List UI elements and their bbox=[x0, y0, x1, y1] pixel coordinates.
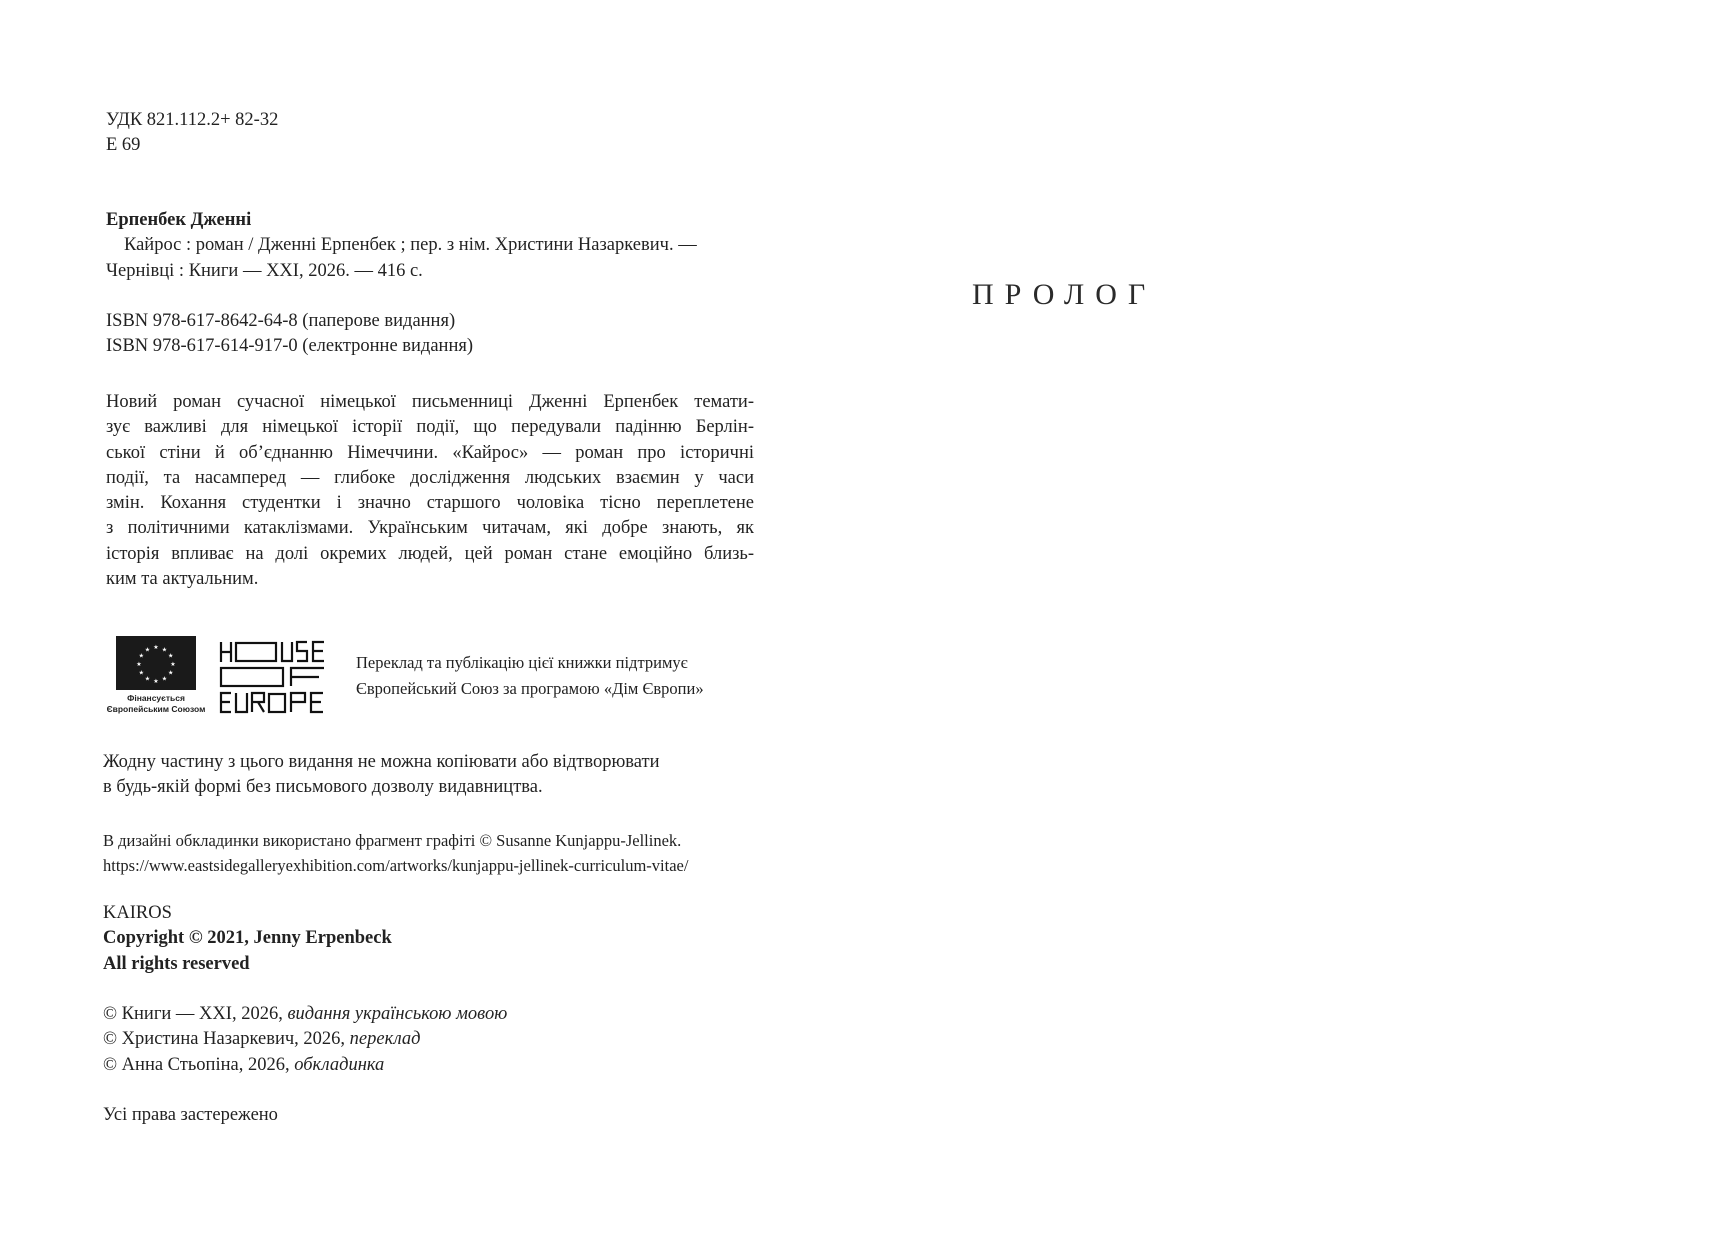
copyright-line: © Книги — XXI, 2026, видання українською… bbox=[103, 1002, 507, 1027]
eu-caption-line: Європейським Союзом bbox=[102, 704, 210, 715]
svg-text:★: ★ bbox=[170, 661, 175, 668]
annotation-line: історія впливає на долі окремих людей, ц… bbox=[106, 542, 754, 567]
annotation-line: події, та насамперед — глибоке досліджен… bbox=[106, 466, 754, 491]
support-line: Європейський Союз за програмою «Дім Євро… bbox=[356, 676, 704, 702]
eu-caption: Фінансується Європейським Союзом bbox=[102, 693, 210, 715]
bib-record-line: Чернівці : Книги — XXI, 2026. — 416 с. bbox=[106, 259, 697, 284]
cover-credit-text: В дизайні обкладинки використано фрагмен… bbox=[103, 828, 688, 853]
svg-text:★: ★ bbox=[139, 653, 144, 660]
original-copyright-block: KAIROS Copyright © 2021, Jenny Erpenbeck… bbox=[103, 901, 392, 977]
copyright-role: обкладинка bbox=[294, 1055, 384, 1075]
isbn-block: ISBN 978-617-8642-64-8 (паперове видання… bbox=[106, 309, 473, 360]
svg-text:★: ★ bbox=[153, 644, 158, 651]
annotation-line: ської стіни й об’єднанню Німеччини. «Кай… bbox=[106, 441, 754, 466]
copyright-line: © Анна Стьопіна, 2026, обкладинка bbox=[103, 1053, 507, 1078]
original-title: KAIROS bbox=[103, 901, 392, 926]
author-mark: Е 69 bbox=[106, 133, 278, 158]
copyrights-block: © Книги — XXI, 2026, видання українською… bbox=[103, 1002, 507, 1078]
original-rights: All rights reserved bbox=[103, 952, 392, 977]
udk-code: УДК 821.112.2+ 82-32 bbox=[106, 108, 278, 133]
annotation-line: змін. Кохання студентки і значно старшог… bbox=[106, 491, 754, 516]
copyright-holder: © Книги — XXI, 2026, bbox=[103, 1004, 287, 1024]
annotation-line: зує важливі для німецької історії події,… bbox=[106, 415, 754, 440]
annotation-paragraph: Новий роман сучасної німецької письменни… bbox=[106, 390, 754, 592]
eu-caption-line: Фінансується bbox=[102, 693, 210, 704]
annotation-line: ким та актуальним. bbox=[106, 567, 754, 592]
svg-text:★: ★ bbox=[136, 661, 141, 668]
isbn-ebook: ISBN 978-617-614-917-0 (електронне видан… bbox=[106, 334, 473, 359]
support-line: Переклад та публікацію цієї книжки підтр… bbox=[356, 650, 704, 676]
house-of-europe-logo bbox=[219, 640, 341, 715]
copyright-holder: © Анна Стьопіна, 2026, bbox=[103, 1055, 294, 1075]
copyright-holder: © Христина Назаркевич, 2026, bbox=[103, 1029, 350, 1049]
rights-notice-line: Жодну частину з цього видання не можна к… bbox=[103, 750, 660, 775]
isbn-print: ISBN 978-617-8642-64-8 (паперове видання… bbox=[106, 309, 473, 334]
eu-flag-icon: ★ ★ ★ ★ ★ ★ ★ ★ ★ ★ ★ ★ bbox=[116, 636, 196, 690]
annotation-line: Новий роман сучасної німецької письменни… bbox=[106, 390, 754, 415]
all-rights-reserved: Усі права застережено bbox=[103, 1103, 278, 1128]
original-copyright: Copyright © 2021, Jenny Erpenbeck bbox=[103, 926, 392, 951]
funding-support-text: Переклад та публікацію цієї книжки підтр… bbox=[356, 650, 704, 701]
svg-text:★: ★ bbox=[139, 670, 144, 677]
svg-text:★: ★ bbox=[162, 676, 167, 683]
cover-credit-url: https://www.eastsidegalleryexhibition.co… bbox=[103, 853, 688, 878]
svg-text:★: ★ bbox=[168, 653, 173, 660]
rights-notice: Жодну частину з цього видання не можна к… bbox=[103, 750, 660, 801]
svg-text:★: ★ bbox=[145, 676, 150, 683]
copyright-line: © Христина Назаркевич, 2026, переклад bbox=[103, 1027, 507, 1052]
copyright-role: видання українською мовою bbox=[287, 1004, 507, 1024]
chapter-heading: ПРОЛОГ bbox=[972, 278, 1156, 312]
bib-record-line: Кайрос : роман / Дженні Ерпенбек ; пер. … bbox=[106, 233, 697, 258]
bibliographic-block: Ерпенбек Дженні Кайрос : роман / Дженні … bbox=[106, 208, 697, 284]
copyright-role: переклад bbox=[350, 1029, 421, 1049]
svg-text:★: ★ bbox=[162, 646, 167, 653]
annotation-line: з політичними катаклізмами. Українським … bbox=[106, 516, 754, 541]
cover-credit: В дизайні обкладинки використано фрагмен… bbox=[103, 828, 688, 879]
svg-text:★: ★ bbox=[145, 646, 150, 653]
classification-block: УДК 821.112.2+ 82-32 Е 69 bbox=[106, 108, 278, 159]
svg-text:★: ★ bbox=[153, 678, 158, 685]
rights-notice-line: в будь-якій формі без письмового дозволу… bbox=[103, 775, 660, 800]
author-heading: Ерпенбек Дженні bbox=[106, 208, 697, 233]
svg-text:★: ★ bbox=[168, 670, 173, 677]
